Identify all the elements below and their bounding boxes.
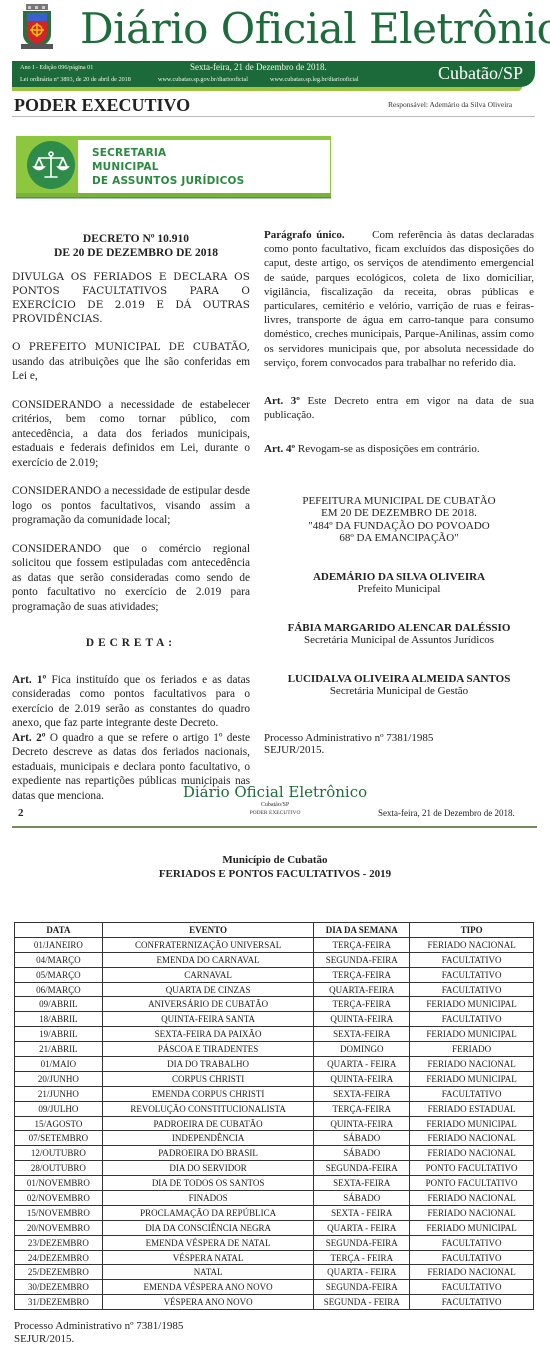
cell-tipo: FACULTATIVO xyxy=(410,1235,534,1250)
edition-label: Ano I - Edição 096/página 01 xyxy=(20,64,93,71)
cell-tipo: FACULTATIVO xyxy=(410,1295,534,1310)
cell-dia-semana: SEGUNDA-FEIRA xyxy=(314,952,410,967)
table-row: 05/MARÇOCARNAVALTERÇA-FEIRAFACULTATIVO xyxy=(15,967,534,982)
table-row: 28/OUTUBRODIA DO SERVIDORSEGUNDA-FEIRAPO… xyxy=(15,1161,534,1176)
cell-evento: EMENDA CORPUS CHRISTI xyxy=(102,1086,314,1101)
table-title: Município de Cubatão FERIADOS E PONTOS F… xyxy=(0,853,550,881)
place-date-block: PEFEITURA MUNICIPAL DE CUBATÃO EM 20 DE … xyxy=(264,495,534,545)
cell-evento: CARNAVAL xyxy=(102,967,314,982)
cell-evento: PADROEIRA DO BRASIL xyxy=(102,1146,314,1161)
scales-of-justice-icon xyxy=(27,141,75,189)
page2-header-title: Diário Oficial Eletrônico xyxy=(0,783,550,801)
cell-dia-semana: SEGUNDA - FEIRA xyxy=(314,1295,410,1310)
masthead-title: Diário Oficial Eletrônico xyxy=(80,2,550,56)
cell-dia-semana: TERÇA-FEIRA xyxy=(314,937,410,952)
cell-evento: EMENDA VÉSPERA DE NATAL xyxy=(102,1235,314,1250)
cell-data: 25/DEZEMBRO xyxy=(15,1265,103,1280)
cell-evento: QUINTA-FEIRA SANTA xyxy=(102,1012,314,1027)
cell-tipo: FERIADO MUNICIPAL xyxy=(410,1071,534,1086)
table-row: 12/OUTUBROPADROEIRA DO BRASILSÁBADOFERIA… xyxy=(15,1146,534,1161)
cell-tipo: FERIADO NACIONAL xyxy=(410,1146,534,1161)
cell-data: 01/MAIO xyxy=(15,1057,103,1072)
preamble: O PREFEITO MUNICIPAL DE CUBATÃO, usando … xyxy=(12,340,250,384)
cell-evento: PÁSCOA E TIRADENTES xyxy=(102,1042,314,1057)
cell-evento: VÉSPERA ANO NOVO xyxy=(102,1295,314,1310)
cell-tipo: FERIADO NACIONAL xyxy=(410,1191,534,1206)
decree-ementa: DIVULGA OS FERIADOS E DECLARA OS PONTOS … xyxy=(12,270,250,326)
cell-data: 21/JUNHO xyxy=(15,1086,103,1101)
table-row: 31/DEZEMBROVÉSPERA ANO NOVOSEGUNDA - FEI… xyxy=(15,1295,534,1310)
cell-dia-semana: QUINTA-FEIRA xyxy=(314,1012,410,1027)
cell-dia-semana: QUARTA - FEIRA xyxy=(314,1265,410,1280)
cell-evento: SEXTA-FEIRA DA PAIXÃO xyxy=(102,1027,314,1042)
column-header-data: DATA xyxy=(15,923,103,938)
cell-tipo: FERIADO NACIONAL xyxy=(410,1057,534,1072)
table-row: 06/MARÇOQUARTA DE CINZASQUARTA-FEIRAFACU… xyxy=(15,982,534,997)
cell-dia-semana: TERÇA-FEIRA xyxy=(314,1101,410,1116)
cell-dia-semana: SÁBADO xyxy=(314,1131,410,1146)
section-divider xyxy=(12,116,535,117)
cell-dia-semana: SEXTA-FEIRA xyxy=(314,1176,410,1191)
cell-dia-semana: SEGUNDA-FEIRA xyxy=(314,1280,410,1295)
cell-data: 07/SETEMBRO xyxy=(15,1131,103,1146)
cell-data: 23/DEZEMBRO xyxy=(15,1235,103,1250)
cell-dia-semana: QUINTA-FEIRA xyxy=(314,1071,410,1086)
cell-dia-semana: SEXTA-FEIRA xyxy=(314,1027,410,1042)
cell-dia-semana: QUINTA-FEIRA xyxy=(314,1116,410,1131)
signature-gestao: LUCIDALVA OLIVEIRA ALMEIDA SANTOS Secret… xyxy=(264,673,534,698)
cell-evento: PROCLAMAÇÃO DA REPÚBLICA xyxy=(102,1205,314,1220)
cell-evento: EMENDA VÉSPERA ANO NOVO xyxy=(102,1280,314,1295)
table-row: 25/DEZEMBRONATALQUARTA - FEIRAFERIADO NA… xyxy=(15,1265,534,1280)
cell-data: 04/MARÇO xyxy=(15,952,103,967)
cell-data: 28/OUTUBRO xyxy=(15,1161,103,1176)
table-row: 21/JUNHOEMENDA CORPUS CHRISTISEXTA-FEIRA… xyxy=(15,1086,534,1101)
cell-data: 20/JUNHO xyxy=(15,1071,103,1086)
cell-dia-semana: TERÇA-FEIRA xyxy=(314,997,410,1012)
table-row: 15/NOVEMBROPROCLAMAÇÃO DA REPÚBLICASEXTA… xyxy=(15,1205,534,1220)
cell-dia-semana: SÁBADO xyxy=(314,1146,410,1161)
cell-tipo: FERIADO MUNICIPAL xyxy=(410,1027,534,1042)
cell-tipo: FERIADO MUNICIPAL xyxy=(410,997,534,1012)
table-header-row: DATA EVENTO DIA DA SEMANA TIPO xyxy=(15,923,534,938)
cell-data: 20/NOVEMBRO xyxy=(15,1220,103,1235)
cell-dia-semana: SÁBADO xyxy=(314,1191,410,1206)
cell-evento: CONFRATERNIZAÇÃO UNIVERSAL xyxy=(102,937,314,952)
cell-tipo: FERIADO NACIONAL xyxy=(410,1131,534,1146)
prefeitura-link[interactable]: www.cubatao.sp.gov.br/diariooficial xyxy=(158,76,248,83)
cell-dia-semana: SEXTA-FEIRA xyxy=(314,1086,410,1101)
page-number: 2 xyxy=(18,807,24,819)
considerando-2: CONSIDERANDO a necessidade de estipular … xyxy=(12,484,250,528)
cell-dia-semana: SEGUNDA-FEIRA xyxy=(314,1161,410,1176)
table-row: 19/ABRILSEXTA-FEIRA DA PAIXÃOSEXTA-FEIRA… xyxy=(15,1027,534,1042)
cell-evento: CORPUS CHRISTI xyxy=(102,1071,314,1086)
cell-dia-semana: QUARTA - FEIRA xyxy=(314,1220,410,1235)
table-row: 24/DEZEMBROVÉSPERA NATALTERÇA - FEIRAFAC… xyxy=(15,1250,534,1265)
column-header-tipo: TIPO xyxy=(410,923,534,938)
considerando-1: CONSIDERANDO a necessidade de estabelece… xyxy=(12,398,250,471)
article-1: Art. 1º Fica instituído que os feriados … xyxy=(12,673,250,731)
decree-right-column: Parágrafo único. Com referência às datas… xyxy=(264,228,534,757)
cell-evento: INDEPENDÊNCIA xyxy=(102,1131,314,1146)
processo-reference: Processo Administrativo nº 7381/1985 SEJ… xyxy=(264,732,534,757)
cell-data: 01/JANEIRO xyxy=(15,937,103,952)
cell-tipo: FERIADO MUNICIPAL xyxy=(410,1220,534,1235)
table-row: 20/JUNHOCORPUS CHRISTIQUINTA-FEIRAFERIAD… xyxy=(15,1071,534,1086)
signature-juridicos: FÁBIA MARGARIDO ALENCAR DALÉSSIO Secretá… xyxy=(264,622,534,647)
article-3: Art. 3º Este Decreto entra em vigor na d… xyxy=(264,394,534,422)
city-label: Cubatão/SP xyxy=(438,62,523,84)
table-row: 20/NOVEMBRODIA DA CONSCIÊNCIA NEGRAQUART… xyxy=(15,1220,534,1235)
cell-data: 15/NOVEMBRO xyxy=(15,1205,103,1220)
cell-data: 12/OUTUBRO xyxy=(15,1146,103,1161)
cell-dia-semana: SEGUNDA-FEIRA xyxy=(314,1235,410,1250)
cell-dia-semana: QUARTA - FEIRA xyxy=(314,1057,410,1072)
signature-mayor: ADEMÁRIO DA SILVA OLIVEIRA Prefeito Muni… xyxy=(264,571,534,596)
footer-processo-reference: Processo Administrativo nº 7381/1985 SEJ… xyxy=(14,1320,183,1345)
masthead-accent-stripe xyxy=(12,87,522,91)
decreta-heading: DECRETA: xyxy=(12,636,250,651)
cell-evento: PADROEIRA DE CUBATÃO xyxy=(102,1116,314,1131)
cell-data: 19/ABRIL xyxy=(15,1027,103,1042)
table-row: 01/JANEIROCONFRATERNIZAÇÃO UNIVERSALTERÇ… xyxy=(15,937,534,952)
cell-data: 18/ABRIL xyxy=(15,1012,103,1027)
cell-data: 01/NOVEMBRO xyxy=(15,1176,103,1191)
table-row: 02/NOVEMBROFINADOSSÁBADOFERIADO NACIONAL xyxy=(15,1191,534,1206)
cell-dia-semana: QUARTA-FEIRA xyxy=(314,982,410,997)
decree-title: DECRETO Nº 10.910 DE 20 DE DEZEMBRO DE 2… xyxy=(22,232,250,260)
section-title: PODER EXECUTIVO xyxy=(14,95,190,116)
cell-evento: REVOLUÇÃO CONSTITUCIONALISTA xyxy=(102,1101,314,1116)
table-row: 09/ABRILANIVERSÁRIO DE CUBATÃOTERÇA-FEIR… xyxy=(15,997,534,1012)
law-reference: Lei ordinária nº 3893, de 20 de abril de… xyxy=(20,76,131,83)
cell-evento: VÉSPERA NATAL xyxy=(102,1250,314,1265)
cell-evento: DIA DA CONSCIÊNCIA NEGRA xyxy=(102,1220,314,1235)
cell-data: 06/MARÇO xyxy=(15,982,103,997)
cell-tipo: FERIADO NACIONAL xyxy=(410,937,534,952)
cell-data: 09/JULHO xyxy=(15,1101,103,1116)
cell-evento: DIA DO TRABALHO xyxy=(102,1057,314,1072)
cell-dia-semana: SEXTA - FEIRA xyxy=(314,1205,410,1220)
cell-tipo: FACULTATIVO xyxy=(410,1012,534,1027)
cell-data: 15/AGOSTO xyxy=(15,1116,103,1131)
cell-dia-semana: TERÇA-FEIRA xyxy=(314,967,410,982)
cell-tipo: FERIADO NACIONAL xyxy=(410,1205,534,1220)
cell-tipo: FACULTATIVO xyxy=(410,952,534,967)
article-4: Art. 4º Revogam-se as disposições em con… xyxy=(264,442,534,456)
publication-date: Sexta-feira, 21 de Dezembro de 2018. xyxy=(190,62,327,72)
cell-data: 31/DEZEMBRO xyxy=(15,1295,103,1310)
cell-tipo: FERIADO MUNICIPAL xyxy=(410,1116,534,1131)
decree-left-column: DECRETO Nº 10.910 DE 20 DE DEZEMBRO DE 2… xyxy=(12,232,250,803)
table-row: 07/SETEMBROINDEPENDÊNCIASÁBADOFERIADO NA… xyxy=(15,1131,534,1146)
column-header-dia-semana: DIA DA SEMANA xyxy=(314,923,410,938)
cell-tipo: FACULTATIVO xyxy=(410,1086,534,1101)
table-row: 01/NOVEMBRODIA DE TODOS OS SANTOSSEXTA-F… xyxy=(15,1176,534,1191)
cell-evento: DIA DE TODOS OS SANTOS xyxy=(102,1176,314,1191)
considerando-3: CONSIDERANDO que o comércio regional sol… xyxy=(12,542,250,615)
cell-tipo: FACULTATIVO xyxy=(410,982,534,997)
table-row: 30/DEZEMBROEMENDA VÉSPERA ANO NOVOSEGUND… xyxy=(15,1280,534,1295)
cell-evento: DIA DO SERVIDOR xyxy=(102,1161,314,1176)
cell-tipo: FERIADO xyxy=(410,1042,534,1057)
cell-data: 21/ABRIL xyxy=(15,1042,103,1057)
table-row: 23/DEZEMBROEMENDA VÉSPERA DE NATALSEGUND… xyxy=(15,1235,534,1250)
cell-data: 02/NOVEMBRO xyxy=(15,1191,103,1206)
cell-data: 09/ABRIL xyxy=(15,997,103,1012)
cell-tipo: PONTO FACULTATIVO xyxy=(410,1161,534,1176)
column-header-evento: EVENTO xyxy=(102,923,314,938)
cell-evento: EMENDA DO CARNAVAL xyxy=(102,952,314,967)
cell-dia-semana: TERÇA - FEIRA xyxy=(314,1250,410,1265)
responsible-label: Responsável: Ademário da Silva Oliveira xyxy=(388,100,512,109)
table-row: 15/AGOSTOPADROEIRA DE CUBATÃOQUINTA-FEIR… xyxy=(15,1116,534,1131)
cell-data: 05/MARÇO xyxy=(15,967,103,982)
cell-tipo: FACULTATIVO xyxy=(410,1280,534,1295)
camara-link[interactable]: www.cubatao.sp.leg.br/diariooficial xyxy=(270,76,359,83)
cell-data: 30/DEZEMBRO xyxy=(15,1280,103,1295)
cell-tipo: FACULTATIVO xyxy=(410,1250,534,1265)
cell-evento: FINADOS xyxy=(102,1191,314,1206)
holidays-table: DATA EVENTO DIA DA SEMANA TIPO 01/JANEIR… xyxy=(14,922,534,1310)
page2-divider xyxy=(12,826,537,828)
paragrafo-unico: Parágrafo único. Com referência às datas… xyxy=(264,228,534,370)
cell-evento: NATAL xyxy=(102,1265,314,1280)
table-row: 04/MARÇOEMENDA DO CARNAVALSEGUNDA-FEIRAF… xyxy=(15,952,534,967)
table-row: 21/ABRILPÁSCOA E TIRADENTESDOMINGOFERIAD… xyxy=(15,1042,534,1057)
table-row: 18/ABRILQUINTA-FEIRA SANTAQUINTA-FEIRAFA… xyxy=(15,1012,534,1027)
cell-evento: ANIVERSÁRIO DE CUBATÃO xyxy=(102,997,314,1012)
cell-tipo: FERIADO ESTADUAL xyxy=(410,1101,534,1116)
cell-tipo: FACULTATIVO xyxy=(410,967,534,982)
table-row: 09/JULHOREVOLUÇÃO CONSTITUCIONALISTATERÇ… xyxy=(15,1101,534,1116)
cell-tipo: PONTO FACULTATIVO xyxy=(410,1176,534,1191)
cell-dia-semana: DOMINGO xyxy=(314,1042,410,1057)
cell-tipo: FERIADO NACIONAL xyxy=(410,1265,534,1280)
coat-of-arms-icon xyxy=(18,4,56,50)
table-row: 01/MAIODIA DO TRABALHOQUARTA - FEIRAFERI… xyxy=(15,1057,534,1072)
cell-evento: QUARTA DE CINZAS xyxy=(102,982,314,997)
cell-data: 24/DEZEMBRO xyxy=(15,1250,103,1265)
page2-date: Sexta-feira, 21 de Dezembro de 2018. xyxy=(378,808,515,818)
secretaria-name: SECRETARIA MUNICIPAL DE ASSUNTOS JURÍDIC… xyxy=(92,146,244,188)
